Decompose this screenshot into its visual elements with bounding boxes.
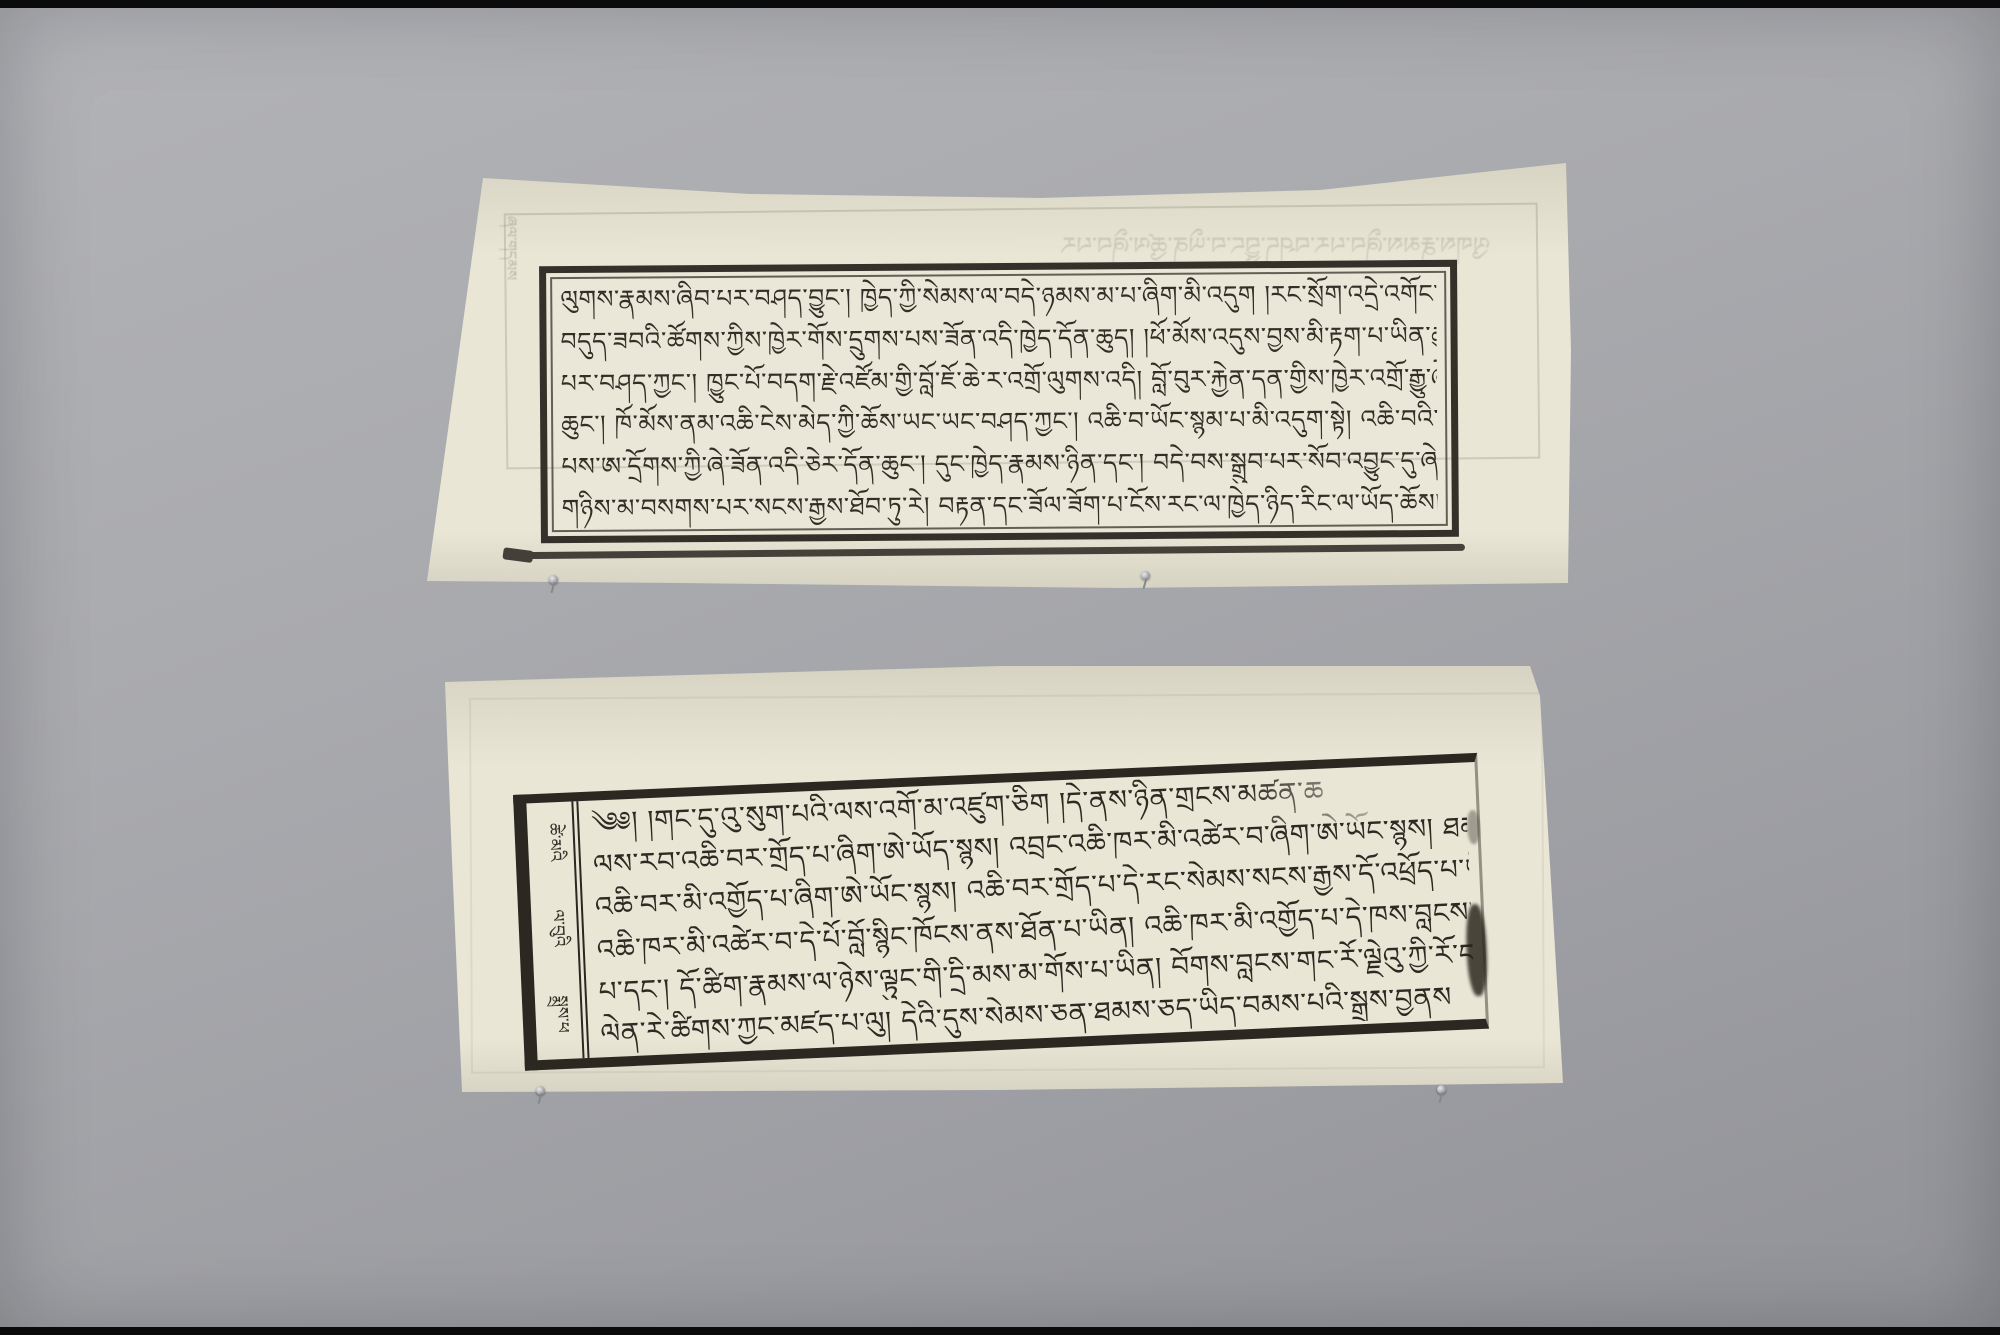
- text-line: བདུད་ཟབའི་ཚོགས་ཀྱིས་ཁྱེར་གོས་དྲུགས་པས་ཟོ…: [560, 315, 1436, 363]
- bottom-leaf-text-block: ༄༅། །གང་དུ་འུ་སུག་པའི་ལས་འགོ་མ་འཛུག་ཅིག …: [578, 762, 1485, 1058]
- margin-label: ལ་བུའི: [529, 907, 579, 949]
- margin-column: ཚེ་མའི ལ་བུའི སྨྲས་ཕ: [526, 801, 589, 1060]
- text-line: གཉིས་མ་བསགས་པར་སངས་རྒྱས་ཐོབ་ཏུ་རེ། བརྟན་…: [562, 482, 1438, 530]
- bottom-leaf-text-frame: ཚེ་མའི ལ་བུའི སྨྲས་ཕ ༄༅། །གང་དུ་འུ་སུག་པ…: [513, 753, 1489, 1071]
- mounting-pin-icon: [1437, 1085, 1446, 1094]
- text-line: ལུགས་རྣམས་ཞིབ་པར་བཤད་བྱུང་། ཁྱེད་ཀྱི་སེམ…: [560, 273, 1436, 321]
- photo-of-pecha-leaves: ལུགས་རྣམས་ཞིབ་པར་བཤད་བྱུང་བ་ཡིན་ཚུལ་ཞིབ་…: [0, 0, 2000, 1335]
- photo-edge-bottom: [0, 1327, 2000, 1335]
- margin-label: ཚེ་མའི: [525, 821, 575, 863]
- bottom-leaf: ཚེ་མའི ལ་བུའི སྨྲས་ཕ ༄༅། །གང་དུ་འུ་སུག་པ…: [430, 660, 1580, 1100]
- mounting-pin-icon: [549, 575, 558, 584]
- margin-label: སྨྲས་ཕ: [533, 993, 583, 1035]
- verso-show-through-margin: ཞལ་གདམས: [502, 216, 532, 356]
- text-line: པར་བཤད་ཀྱང་། ཁྱུང་པོ་བདག་རྗེ་འཛོམ་གྱི་བླ…: [561, 357, 1437, 405]
- photo-edge-top: [0, 0, 2000, 8]
- text-line: ཆུང་། ཁོ་མོས་ནམ་འཆི་ངེས་མེད་ཀྱི་ཆོས་ཡང་ཡ…: [561, 398, 1437, 446]
- frame-bottom-rule: [517, 544, 1465, 559]
- mounting-pin-icon: [1141, 571, 1150, 580]
- top-leaf-text-frame: ལུགས་རྣམས་ཞིབ་པར་བཤད་བྱུང་། ཁྱེད་ཀྱི་སེམ…: [539, 260, 1459, 543]
- mounting-pin-icon: [536, 1086, 545, 1095]
- top-leaf: ལུགས་རྣམས་ཞིབ་པར་བཤད་བྱུང་བ་ཡིན་ཚུལ་ཞིབ་…: [420, 150, 1575, 592]
- top-leaf-text-block: ལུགས་རྣམས་ཞིབ་པར་བཤད་བྱུང་། ཁྱེད་ཀྱི་སེམ…: [560, 273, 1438, 530]
- ink-smudge: [1467, 810, 1480, 844]
- text-line: པས་ཨ་དྲོགས་ཀྱི་ཞེ་ཟོན་འདི་ཅེར་དོན་ཆུང་། …: [561, 440, 1437, 488]
- verso-show-through-text: ལུགས་རྣམས་ཞིབ་པར་བཤད་བྱུང་བ་ཡིན་ཚུལ་ཞིབ་…: [560, 228, 1490, 264]
